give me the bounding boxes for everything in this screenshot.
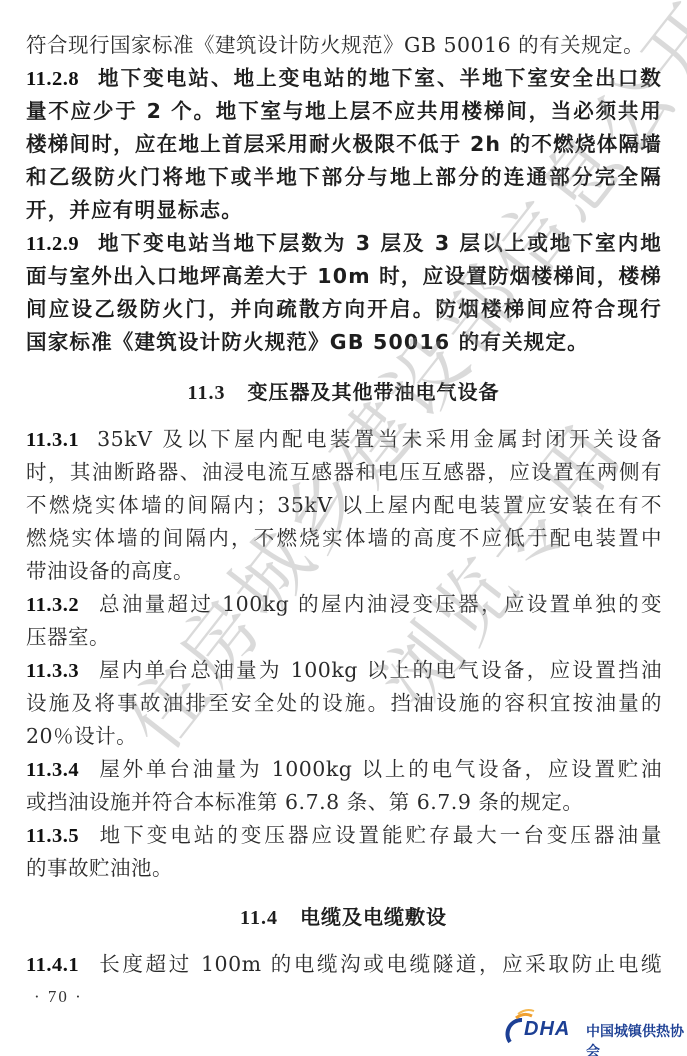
section-heading-11-4: 11.4电缆及电缆敷设 [0,900,687,934]
clause-11-3-4-line-1: 11.3.4屋外单台油量为 1000kg 以上的电气设备，应设置贮油 [26,754,662,784]
clause-11-2-8-line-2: 量不应少于 2 个。地下室与地上层不应共用楼梯间，当必须共用 [26,96,662,126]
clause-11-2-9-line-3: 间应设乙级防火门，并向疏散方向开启。防烟楼梯间应符合现行 [26,294,662,324]
clause-number: 11.2.8 [26,68,79,90]
clause-11-3-5-line-2: 的事故贮油池。 [26,853,662,883]
clause-11-3-3-line-3: 20％设计。 [26,721,662,751]
clause-11-3-1-line-2: 时，其油断路器、油浸电流互感器和电压互感器，应设置在两侧有 [26,457,662,487]
clause-text: 长度超过 100m 的电缆沟或电缆隧道，应采取防止电缆 [97,952,662,976]
clause-text: 地下变电站当地下层数为 3 层及 3 层以上或地下室内地 [97,231,662,255]
clause-11-3-1-line-4: 燃烧实体墙的间隔内，不燃烧实体墙的高度不应低于配电装置中 [26,523,662,553]
page-number: · 70 · [34,987,83,1007]
clause-11-3-2-line-2: 压器室。 [26,622,662,652]
clause-text: 屋外单台油量为 1000kg 以上的电气设备，应设置贮油 [97,757,662,781]
clause-number: 11.3.4 [26,759,79,781]
clause-11-2-8-line-1: 11.2.8地下变电站、地上变电站的地下室、半地下室安全出口数 [26,63,662,93]
clause-11-3-3-line-2: 设施及将事故油排至安全处的设施。挡油设施的容积宜按油量的 [26,688,662,718]
clause-11-2-9-line-1: 11.2.9地下变电站当地下层数为 3 层及 3 层以上或地下室内地 [26,228,662,258]
clause-number: 11.3.1 [26,429,79,451]
section-title: 电缆及电缆敷设 [300,905,447,929]
clause-number: 11.2.9 [26,233,79,255]
clause-11-2-8-line-5: 开，并应有明显标志。 [26,195,662,225]
clause-number: 11.3.5 [26,825,79,847]
section-title: 变压器及其他带油电气设备 [247,380,499,404]
clause-11-3-1-line-3: 不燃烧实体墙的间隔内；35kV 以上屋内配电装置应安装在有不 [26,490,662,520]
clause-11-3-1-line-5: 带油设备的高度。 [26,556,662,586]
clause-11-2-9-line-2: 面与室外出入口地坪高差大于 10m 时，应设置防烟楼梯间，楼梯 [26,261,662,291]
clause-11-3-3-line-1: 11.3.3屋内单台总油量为 100kg 以上的电气设备，应设置挡油 [26,655,662,685]
clause-11-3-2-line-1: 11.3.2总油量超过 100kg 的屋内油浸变压器，应设置单独的变 [26,589,662,619]
clause-11-2-8-line-4: 和乙级防火门将地下或半地下部分与地上部分的连通部分完全隔 [26,162,662,192]
clause-text: 屋内单台总油量为 100kg 以上的电气设备，应设置挡油 [97,658,662,682]
clause-number: 11.4.1 [26,954,79,976]
clause-text: 地下变电站、地上变电站的地下室、半地下室安全出口数 [97,66,662,90]
association-logo: DHA 中国城镇供热协会 [494,1008,684,1048]
clause-number: 11.3.3 [26,660,79,682]
clause-11-3-4-line-2: 或挡油设施并符合本标准第 6.7.8 条、第 6.7.9 条的规定。 [26,787,662,817]
clause-11-3-1-line-1: 11.3.135kV 及以下屋内配电装置当未采用金属封闭开关设备 [26,424,662,454]
clause-text: 地下变电站的变压器应设置能贮存最大一台变压器油量 [97,823,662,847]
clause-number: 11.3.2 [26,594,79,616]
clause-text: 35kV 及以下屋内配电装置当未采用金属封闭开关设备 [97,427,662,451]
text-line: 符合现行国家标准《建筑设计防火规范》GB 50016 的有关规定。 [26,30,662,60]
logo-abbr: DHA [524,1018,570,1041]
section-number: 11.3 [188,382,226,404]
clause-11-3-5-line-1: 11.3.5地下变电站的变压器应设置能贮存最大一台变压器油量 [26,820,662,850]
clause-11-2-9-line-4: 国家标准《建筑设计防火规范》GB 50016 的有关规定。 [26,327,662,357]
section-number: 11.4 [240,907,278,929]
section-heading-11-3: 11.3变压器及其他带油电气设备 [0,375,687,409]
logo-name: 中国城镇供热协会 [586,1021,684,1056]
clause-text: 总油量超过 100kg 的屋内油浸变压器，应设置单独的变 [97,592,662,616]
document-page: 符合现行国家标准《建筑设计防火规范》GB 50016 的有关规定。 11.2.8… [0,0,687,1056]
clause-11-4-1-line-1: 11.4.1长度超过 100m 的电缆沟或电缆隧道，应采取防止电缆 [26,949,662,979]
clause-11-2-8-line-3: 楼梯间时，应在地上首层采用耐火极限不低于 2h 的不燃烧体隔墙 [26,129,662,159]
